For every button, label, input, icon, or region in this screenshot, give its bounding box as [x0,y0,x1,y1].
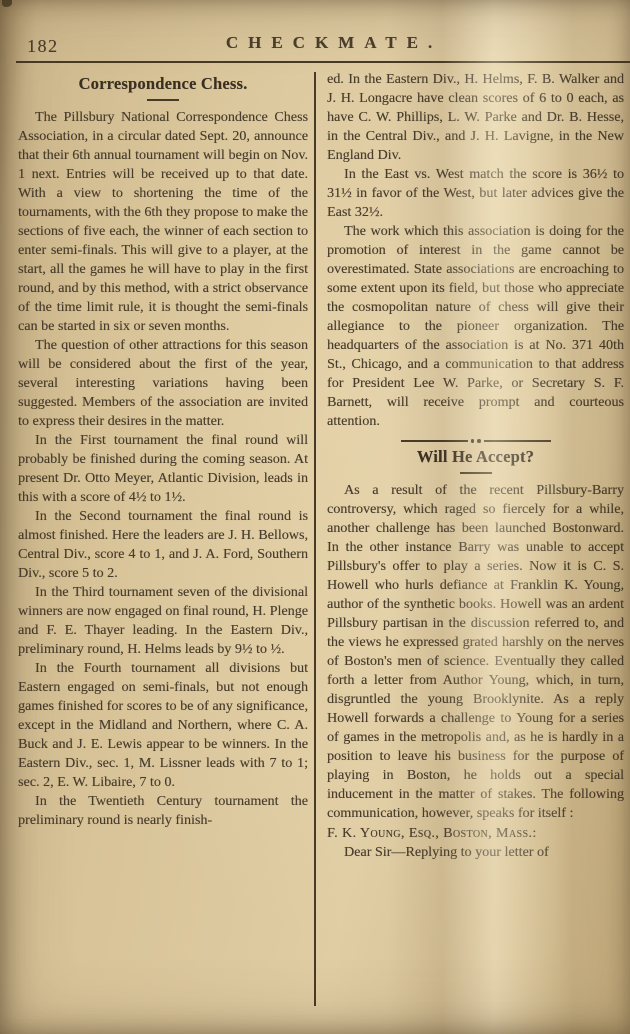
ornament-line [401,440,468,442]
magazine-page: 182 CHECKMATE. Correspondence Chess. The… [0,0,630,1034]
article-paragraph: In the Fourth tournament all divisions b… [18,659,308,792]
article-paragraph-continuation: ed. In the Eastern Div., H. Helms, F. B.… [327,70,624,165]
page-header: 182 CHECKMATE. [0,0,630,64]
right-column: ed. In the Eastern Div., H. Helms, F. B.… [316,70,624,1034]
ornament-line [484,440,551,442]
header-rule [16,61,630,63]
article-paragraph: In the Second tournament the final round… [18,507,308,583]
article-paragraph: As a result of the recent Pillsbury-Barr… [327,481,624,823]
article-paragraph: The question of other attractions for th… [18,336,308,431]
article-paragraph: In the Twentieth Century tournament the … [18,792,308,830]
left-column: Correspondence Chess. The Pillsbury Nati… [18,70,314,1034]
letter-salutation: F. K. Young, Esq., Boston, Mass.: [327,824,624,843]
article-paragraph: In the East vs. West match the score is … [327,165,624,222]
masthead-title: CHECKMATE. [14,33,630,53]
article-heading-correspondence-chess: Correspondence Chess. [18,74,308,94]
article-paragraph: In the Third tournament seven of the div… [18,583,308,659]
article-paragraph: In the First tournament the final round … [18,431,308,507]
ornament-dot [471,439,475,443]
text-columns: Correspondence Chess. The Pillsbury Nati… [18,70,624,1034]
article-paragraph: The work which this association is doing… [327,222,624,431]
heading-underline-dash [147,99,179,101]
article-heading-will-he-accept: Will He Accept? [327,447,624,467]
heading-underline-dash [460,472,492,474]
section-divider-ornament [401,439,551,443]
article-paragraph: The Pillsbury National Correspondence Ch… [18,108,308,336]
ornament-dot [477,439,481,443]
letter-opening-line: Dear Sir—Replying to your letter of [327,843,624,862]
